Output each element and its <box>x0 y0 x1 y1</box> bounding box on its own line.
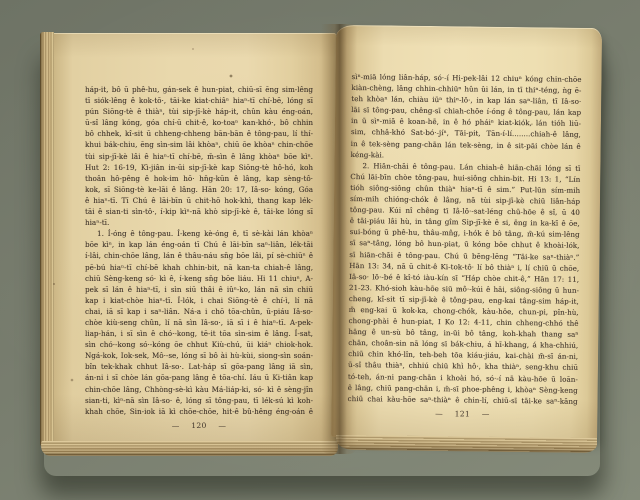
text-line: thoân hô-pêng ê hok-im hō· hn̄g-kūn ê lâ… <box>85 173 313 184</box>
text-line: bîn tek-khak chhut Iâ-so·. Lat-háp sī gō… <box>85 361 313 372</box>
text-line: bô chhek, kî-sit ū chheng-chheng bān-bān… <box>85 128 313 139</box>
page-number-120: — 120 — <box>85 421 313 430</box>
text-line: liap-hán, i sī sìn ê chó·-kong, tē-it tō… <box>85 328 313 339</box>
text-line: háp-it, bô ū phê-hu, gán-sek ê hun-piat,… <box>85 84 313 95</box>
text-line: ū-sî lâng kóng, góa chí-ū chit-ê, ko-toa… <box>85 117 313 128</box>
text-line: pek sī lán ê hiaⁿ-tī, i sìn siū thâi ê i… <box>85 284 313 295</box>
text-line: pún Siōng-tè ê thiàⁿ, tùi sip-jī-kè háp-… <box>85 106 313 117</box>
book-page-right: sìⁿ-miā lóng liân-háp, só·-í Hi-pek-lâi … <box>331 25 602 440</box>
page-number-121: — 121 — <box>347 408 577 420</box>
text-line: tī siók-lêng ê kok-tō·, tāi-ke kiat-chiâ… <box>85 95 313 106</box>
text-line: sìn chó·-kong só·-kóng ōe chhut Kiù-chú,… <box>85 339 313 350</box>
text-line: khah chōe, Sin-iok iā kì chōe-chōe, hit-… <box>85 406 313 417</box>
text-line: chiū chai kàu-hōe saⁿ-thiàⁿ ê chin-lí, c… <box>348 393 578 407</box>
page-121-text: sìⁿ-miā lóng liân-háp, só·-í Hi-pek-lâi … <box>348 71 582 407</box>
text-line: hiaⁿ-tī. <box>85 217 313 228</box>
text-line: án-ni i sī chòe lán gōa-pang lâng ê tōa-… <box>85 372 313 383</box>
page-edge-stack-bottom-left <box>41 441 338 456</box>
book-page-left: háp-it, bô ū phê-hu, gán-sek ê hun-piat,… <box>40 33 336 443</box>
text-line: Ngá-kok, Iok-sek, Mô·-se, lóng sī bô ài … <box>85 350 313 361</box>
page-edge-stack-left <box>40 32 54 448</box>
page-edge-stack-bottom-right <box>336 435 597 453</box>
text-line: 1. Í-óng ê tông-pau. Í-keng kè-óng ê, tī… <box>85 228 313 239</box>
text-line: sian-ti, kìⁿ-nā sìn Iâ-so· ê, lóng sī tô… <box>85 395 313 406</box>
photo-backdrop: háp-it, bô ū phê-hu, gán-sek ê hun-piat,… <box>0 0 640 500</box>
text-line: khui bák-chiu, ēng sìn-sim lâi khòaⁿ, ch… <box>85 139 313 150</box>
text-line: chai, iā sī kap i saⁿ-liân. Ná-a i chō t… <box>85 306 313 317</box>
paper-specks-right <box>336 25 338 27</box>
text-line: í-lâi, chin-chōe lâng, lán ê thâu-náu sn… <box>85 250 313 261</box>
text-line: chòe kiù-seng chûn, lí nā sìn Iâ-so·, iā… <box>85 317 313 328</box>
text-line: pē-bú hiaⁿ-tī chí-bē khah chhin-bit, nā … <box>85 262 313 273</box>
text-line: tùi sip-jī-kè lâi ê hiaⁿ-tī chí-bē, m̄-s… <box>85 151 313 162</box>
text-line: bōe kìⁿ, in kap lán éng-oán tī Chú ê lāi… <box>85 239 313 250</box>
text-line: chiū Sèng-keng só· kì ê, í-keng sn̄g bōe… <box>85 273 313 284</box>
text-line: Hut 2: 16-19, Kì-jiân in-ūi sip-jī-kè ka… <box>85 162 313 173</box>
text-line: tāi ê sian-ti sìn-tô·, í-kip kìⁿ-nā khò … <box>85 206 313 217</box>
text-line: kok, sī Siōng-tè ke-lāi ê lâng. Hān 20: … <box>85 184 313 195</box>
text-line: chin-chōe lâng, Chhòng-sè-kì kàu Má-liáp… <box>85 384 313 395</box>
text-line: ê hiaⁿ-tī. Tī Chú ê lāi-bīn ū chit-hō ho… <box>85 195 313 206</box>
page-120-text: háp-it, bô ū phê-hu, gán-sek ê hun-piat,… <box>85 84 313 417</box>
text-line: kap i kiat-chòe hiaⁿ-tī. Í-lók, i chai S… <box>85 295 313 306</box>
paper-specks-left <box>40 33 42 35</box>
open-book: háp-it, bô ū phê-hu, gán-sek ê hun-piat,… <box>40 24 602 466</box>
